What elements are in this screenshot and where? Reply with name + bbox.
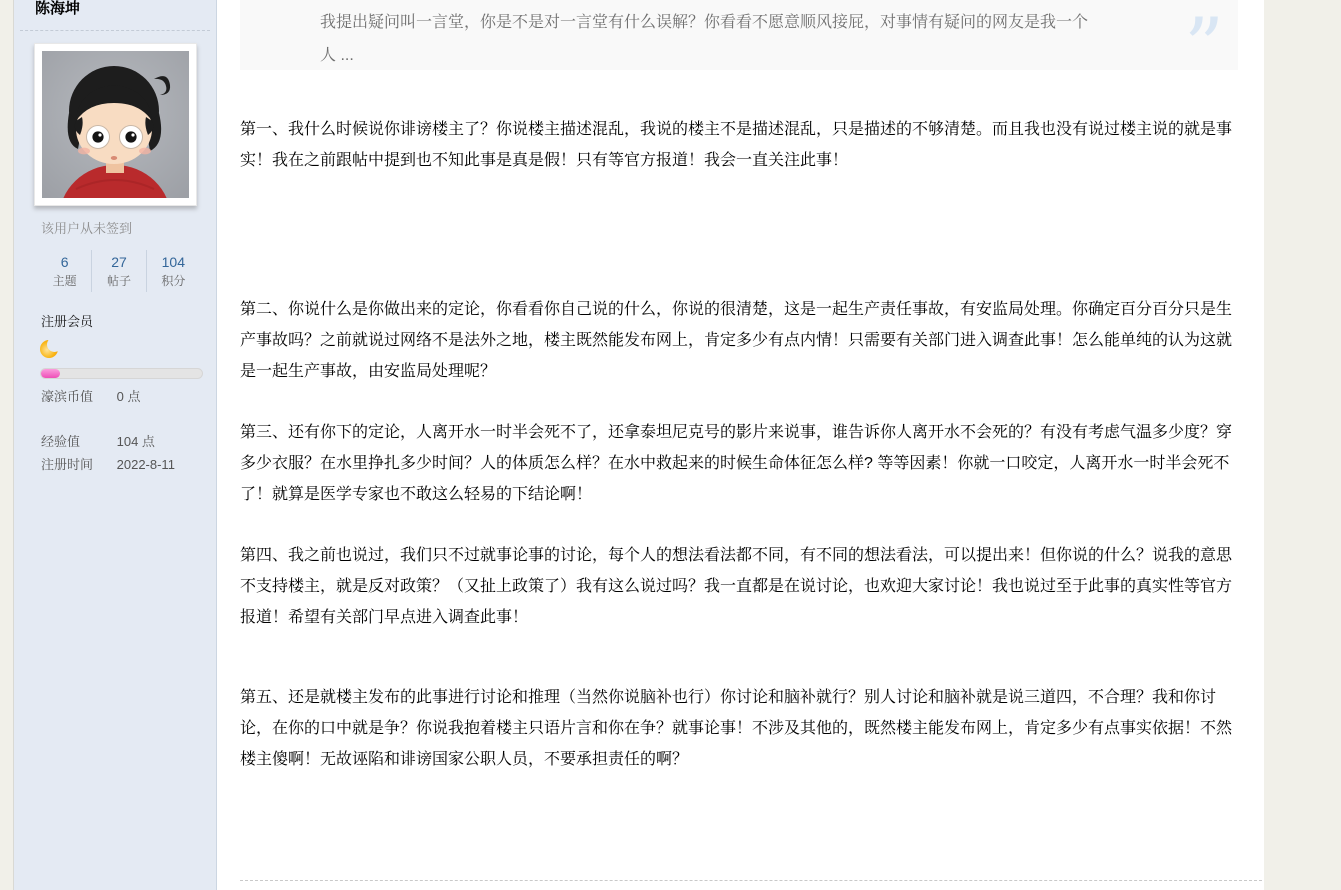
crescent-moon-icon (40, 340, 58, 358)
coin-row: 濠滨币值 0 点 (41, 388, 140, 406)
exp-value: 104 点 (117, 434, 155, 449)
exp-row: 经验值 104 点 (41, 433, 155, 451)
sign-in-status: 该用户从未签到 (41, 218, 132, 237)
author-username[interactable]: 陈海坤 (35, 1, 80, 17)
register-date-row: 注册时间 2022-8-11 (41, 456, 175, 474)
register-date-value: 2022-8-11 (117, 457, 175, 472)
forum-post-panel: 陈海坤 (13, 0, 1264, 890)
avatar-image (42, 51, 189, 198)
post-paragraph: 第三、还有你下的定论，人离开水一时半会死不了，还拿泰坦尼克号的影片来说事，谁告诉… (240, 417, 1240, 510)
level-progress-fill (41, 369, 60, 378)
coin-value: 0 点 (117, 389, 141, 404)
user-group-label: 注册会员 (41, 311, 93, 330)
coin-label: 濠滨币值 (41, 388, 113, 406)
post-paragraph: 第四、我之前也说过，我们只不过就事论事的讨论，每个人的想法看法都不同，有不同的想… (240, 540, 1240, 633)
stat-credits[interactable]: 104 积分 (146, 250, 200, 292)
author-avatar[interactable] (34, 43, 197, 206)
author-sidebar: 陈海坤 (14, 0, 217, 890)
author-stats: 6 主题 27 帖子 104 积分 (38, 250, 200, 292)
post-content-area: 我提出疑问叫一言堂，你是不是对一言堂有什么误解？你看看不愿意顺风接屁，对事情有疑… (217, 0, 1264, 890)
post-paragraph: 第一、我什么时候说你诽谤楼主了？你说楼主描述混乱，我说的楼主不是描述混乱，只是描… (240, 114, 1240, 176)
exp-label: 经验值 (41, 433, 113, 451)
register-date-label: 注册时间 (41, 456, 113, 474)
level-progress-bar (40, 368, 203, 379)
closing-quote-icon: ” (1184, 8, 1224, 86)
post-paragraph: 第二、你说什么是你做出来的定论，你看看你自己说的什么，你说的很清楚，这是一起生产… (240, 294, 1240, 387)
stat-threads[interactable]: 6 主题 (38, 250, 91, 292)
sidebar-divider (20, 30, 210, 31)
quoted-message-text: 我提出疑问叫一言堂，你是不是对一言堂有什么误解？你看看不愿意顺风接屁，对事情有疑… (320, 6, 1088, 72)
post-paragraph: 第五、还是就楼主发布的此事进行讨论和推理（当然你说脑补也行）你讨论和脑补就行？别… (240, 682, 1240, 775)
quoted-message: 我提出疑问叫一言堂，你是不是对一言堂有什么误解？你看看不愿意顺风接屁，对事情有疑… (240, 0, 1238, 70)
post-bottom-divider (240, 880, 1262, 881)
stat-posts[interactable]: 27 帖子 (91, 250, 145, 292)
